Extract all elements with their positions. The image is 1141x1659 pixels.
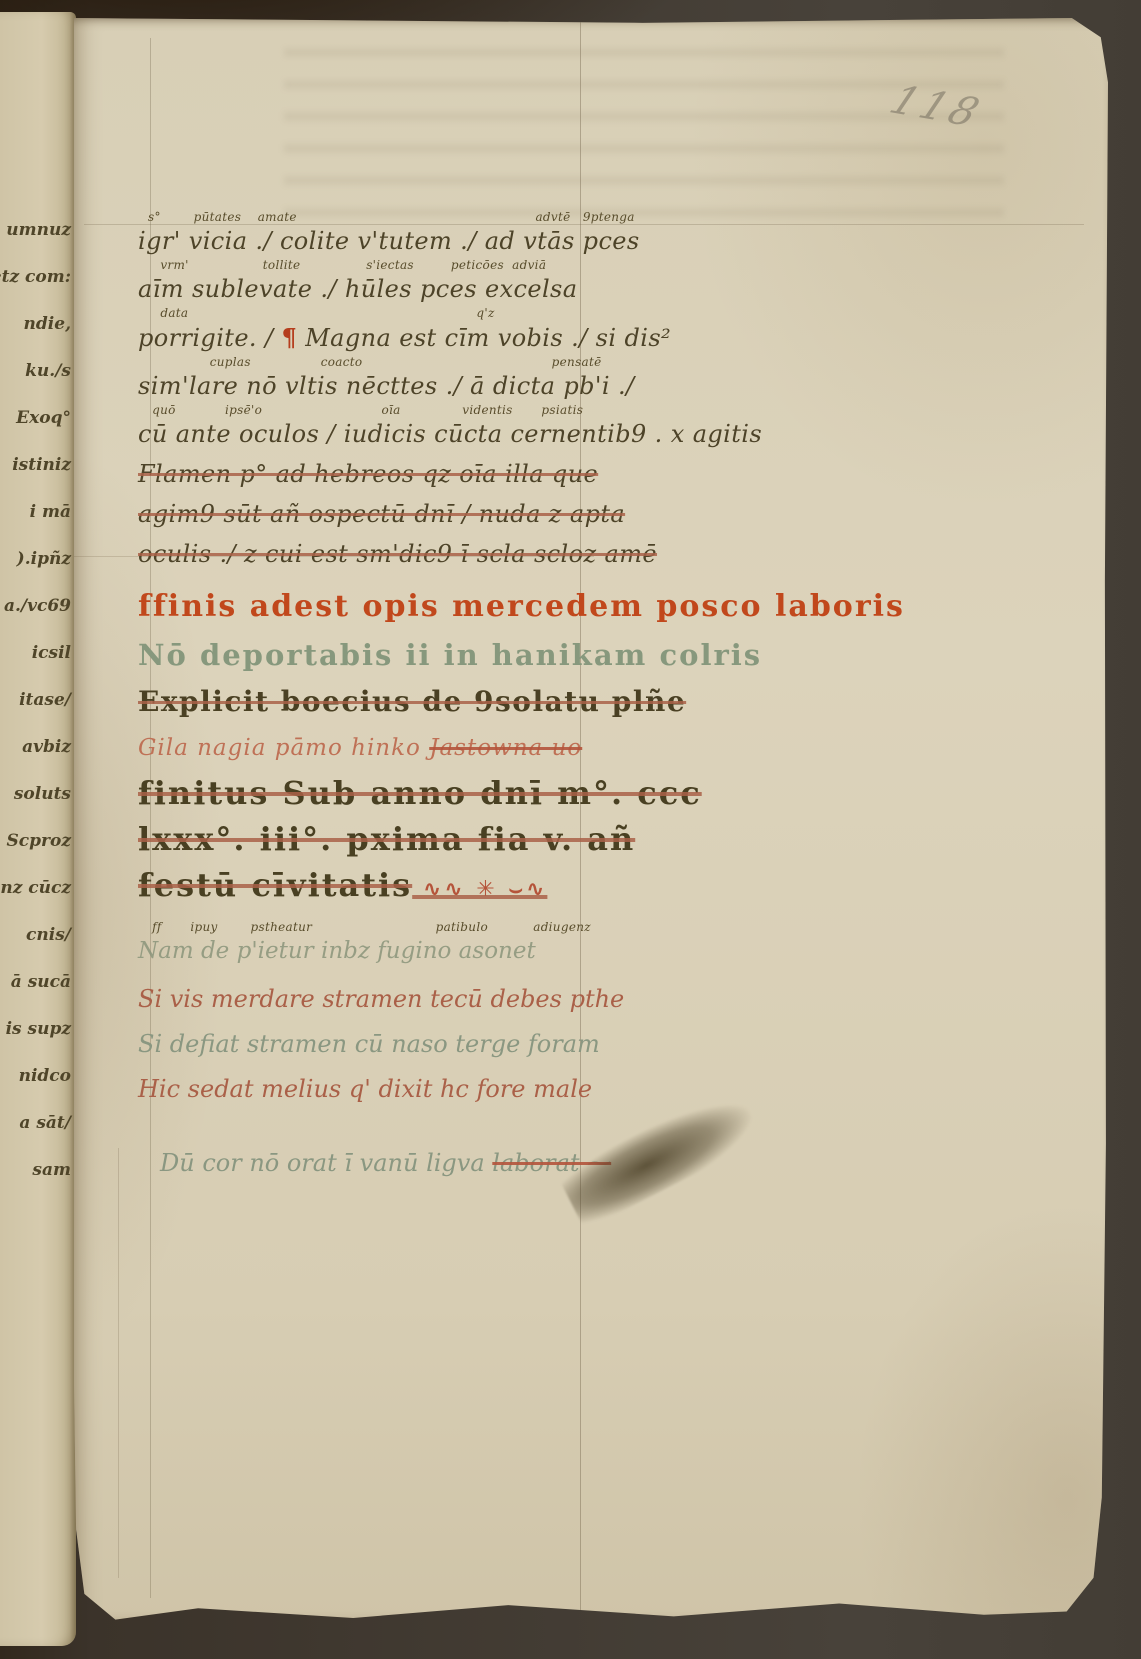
margin-fragment-text: Scproz xyxy=(7,821,71,868)
manuscript-line-text: sim'lare nō vltis nēcttes ./ ā dicta pb'… xyxy=(138,370,938,403)
manuscript-line-text: festū cīvitatis ∿∿ ✳ ⌣∿ xyxy=(138,862,938,913)
manuscript-line-text: aīm sublevate ./ hūles pces excelsa xyxy=(138,273,938,306)
text-run: aīm sublevate ./ hūles pces excelsa xyxy=(138,275,577,303)
manuscript-line: agim9 sūt añ ospectū dnī / nuda z apta xyxy=(138,498,938,531)
photograph-background: umnuzetz com:ndie,ku./sExoq°istinizi mā)… xyxy=(0,0,1141,1659)
margin-fragment-text: is supz xyxy=(6,1009,71,1056)
margin-fragment-text: nidco xyxy=(19,1056,71,1103)
text-run: festū cīvitatis xyxy=(138,866,412,904)
margin-fragment-text: nz cūcz xyxy=(0,868,71,915)
margin-fragment-text: Exoq° xyxy=(16,398,71,445)
interlinear-gloss: ff ipuy pstheatur patibulo adiugenz xyxy=(148,920,938,935)
margin-fragments-column: umnuzetz com:ndie,ku./sExoq°istinizi mā)… xyxy=(1,210,71,1197)
margin-fragment-text: istiniz xyxy=(12,445,71,492)
manuscript-page: 118 s° pūtates amate advtē 9ptenga igr' … xyxy=(74,18,1108,1626)
manuscript-line: Flamen p° ad hebreos qz oīa illa que xyxy=(138,458,938,491)
manuscript-line-text: Flamen p° ad hebreos qz oīa illa que xyxy=(138,458,938,491)
manuscript-line-text: Nam de p'ietur inbz fugino asonet xyxy=(138,935,938,968)
manuscript-line: Nam de p'ietur inbz fugino asonet xyxy=(138,935,938,968)
text-run: porrigite. / xyxy=(138,324,282,352)
manuscript-line-text: Si vis merdare stramen tecū debes pthe xyxy=(138,980,938,1018)
margin-fragment-text: icsil xyxy=(32,633,71,680)
manuscript-line: finitus Sub anno dnī m°. ccc xyxy=(138,770,938,816)
manuscript-line: Explicit boecius de 9solatu plñe xyxy=(138,681,938,723)
margin-fragment-text: i mā xyxy=(30,492,71,539)
margin-fragment-text: sam xyxy=(32,1150,71,1197)
manuscript-line-text: Nō deportabis ii in hanikam colris xyxy=(138,633,938,677)
manuscript-line-text: Explicit boecius de 9solatu plñe xyxy=(138,681,938,723)
manuscript-line-text: Hic sedat melius q' dixit hc fore male xyxy=(138,1070,938,1108)
text-run: oculis ./ z cui est sm'dic9 ī scla scloz… xyxy=(138,540,657,568)
manuscript-line: Hic sedat melius q' dixit hc fore male xyxy=(138,1070,938,1108)
manuscript-line-text: Si defiat stramen cū naso terge foram xyxy=(138,1025,938,1063)
manuscript-line: s° pūtates amate advtē 9ptenga xyxy=(138,210,938,225)
manuscript-line: quō ipsē'o oīa videntis psiatis xyxy=(138,403,938,418)
manuscript-line-text: igr' vicia ./ colite v'tutem ./ ad vtās … xyxy=(138,225,938,258)
text-run: Hic sedat melius q' dixit hc fore male xyxy=(138,1075,592,1103)
manuscript-line: festū cīvitatis ∿∿ ✳ ⌣∿ xyxy=(138,862,938,913)
manuscript-line: igr' vicia ./ colite v'tutem ./ ad vtās … xyxy=(138,225,938,258)
interlinear-gloss: vrm' tollite s'iectas peticōes adviā xyxy=(148,258,938,273)
manuscript-line-text: agim9 sūt añ ospectū dnī / nuda z apta xyxy=(138,498,938,531)
manuscript-line-text: ffinis adest opis mercedem posco laboris xyxy=(138,585,938,629)
text-run: lxxx°. iii°. pxima fia v. añ xyxy=(138,820,635,858)
interlinear-gloss: cuplas coacto pensatē xyxy=(148,355,938,370)
manuscript-line-text: cū ante oculos / iudicis cūcta cernentib… xyxy=(138,418,938,451)
margin-fragment-text: ku./s xyxy=(25,351,71,398)
previous-page-edge: umnuzetz com:ndie,ku./sExoq°istinizi mā)… xyxy=(0,12,76,1646)
margin-fragment-text: ndie, xyxy=(24,304,71,351)
manuscript-line: vrm' tollite s'iectas peticōes adviā xyxy=(138,258,938,273)
manuscript-line: oculis ./ z cui est sm'dic9 ī scla scloz… xyxy=(138,538,938,571)
manuscript-line: aīm sublevate ./ hūles pces excelsa xyxy=(138,273,938,306)
interlinear-gloss: data q'z xyxy=(148,306,938,321)
manuscript-line: ff ipuy pstheatur patibulo adiugenz xyxy=(138,920,938,935)
manuscript-line-text: Gila nagia pāmo hinko Jastowna uo xyxy=(138,730,938,766)
manuscript-line: data q'z xyxy=(138,306,938,321)
text-run: ffinis adest opis mercedem posco laboris xyxy=(138,589,905,624)
manuscript-line: Gila nagia pāmo hinko Jastowna uo xyxy=(138,730,938,766)
text-run: Dū cor nō orat ī vanū ligva xyxy=(160,1149,492,1177)
show-through-texture xyxy=(284,48,1004,228)
text-run: ∿∿ ✳ ⌣∿ xyxy=(412,877,547,902)
manuscript-line: Nō deportabis ii in hanikam colris xyxy=(138,633,938,677)
manuscript-line: ffinis adest opis mercedem posco laboris xyxy=(138,585,938,629)
margin-fragment-text: cnis/ xyxy=(26,915,71,962)
manuscript-line: cuplas coacto pensatē xyxy=(138,355,938,370)
text-run: agim9 sūt añ ospectū dnī / nuda z apta xyxy=(138,500,625,528)
manuscript-line: Si defiat stramen cū naso terge foram xyxy=(138,1025,938,1063)
ruling-line-vertical-margin xyxy=(118,1148,119,1578)
manuscript-line: lxxx°. iii°. pxima fia v. añ xyxy=(138,816,938,862)
manuscript-line: Si vis merdare stramen tecū debes pthe xyxy=(138,980,938,1018)
margin-fragment-text: a sāt/ xyxy=(19,1103,71,1150)
margin-fragment-text: avbiz xyxy=(22,727,71,774)
manuscript-line-text: Dū cor nō orat ī vanū ligva laborat ⁓ xyxy=(138,1144,938,1182)
text-run: Jastowna uo xyxy=(429,735,582,761)
margin-fragment-text: umnuz xyxy=(6,210,71,257)
text-run: Explicit boecius de 9solatu plñe xyxy=(138,685,686,718)
margin-fragment-text: soluts xyxy=(14,774,71,821)
text-run: finitus Sub anno dnī m°. ccc xyxy=(138,774,702,812)
manuscript-line: porrigite. / ¶ Magna est cīm vobis ./ si… xyxy=(138,321,938,355)
text-run: cū ante oculos / iudicis cūcta cernentib… xyxy=(138,420,762,448)
manuscript-line: Dū cor nō orat ī vanū ligva laborat ⁓ xyxy=(138,1144,938,1182)
interlinear-gloss: s° pūtates amate advtē 9ptenga xyxy=(148,210,938,225)
manuscript-line-text: oculis ./ z cui est sm'dic9 ī scla scloz… xyxy=(138,538,938,571)
text-run: Flamen p° ad hebreos qz oīa illa que xyxy=(138,460,598,488)
margin-fragment-text: itase/ xyxy=(19,680,71,727)
margin-fragment-text: a./vc69 xyxy=(4,586,71,633)
interlinear-gloss: quō ipsē'o oīa videntis psiatis xyxy=(148,403,938,418)
text-run: ¶ xyxy=(282,323,298,352)
text-run: sim'lare nō vltis nēcttes ./ ā dicta pb'… xyxy=(138,372,635,400)
margin-fragment-text: etz com: xyxy=(0,257,71,304)
manuscript-line-text: lxxx°. iii°. pxima fia v. añ xyxy=(138,816,938,862)
manuscript-line-text: porrigite. / ¶ Magna est cīm vobis ./ si… xyxy=(138,321,938,355)
margin-fragment-text: ā sucā xyxy=(11,962,71,1009)
text-run: Nō deportabis ii in hanikam colris xyxy=(138,638,762,672)
text-run: Gila nagia pāmo hinko xyxy=(138,735,429,761)
text-run: igr' vicia ./ colite v'tutem ./ ad vtās … xyxy=(138,227,640,255)
margin-fragment-text: ).ipñz xyxy=(17,539,71,586)
manuscript-line: cū ante oculos / iudicis cūcta cernentib… xyxy=(138,418,938,451)
manuscript-line-text: finitus Sub anno dnī m°. ccc xyxy=(138,770,938,816)
manuscript-text-block: s° pūtates amate advtē 9ptenga igr' vici… xyxy=(138,210,938,1182)
text-run: Nam de p'ietur inbz fugino asonet xyxy=(138,938,536,964)
text-run: Si vis merdare stramen tecū debes pthe xyxy=(138,985,624,1013)
text-run: Si defiat stramen cū naso terge foram xyxy=(138,1030,600,1058)
manuscript-line: sim'lare nō vltis nēcttes ./ ā dicta pb'… xyxy=(138,370,938,403)
text-run: Magna est cīm vobis ./ si dis² xyxy=(297,324,671,352)
